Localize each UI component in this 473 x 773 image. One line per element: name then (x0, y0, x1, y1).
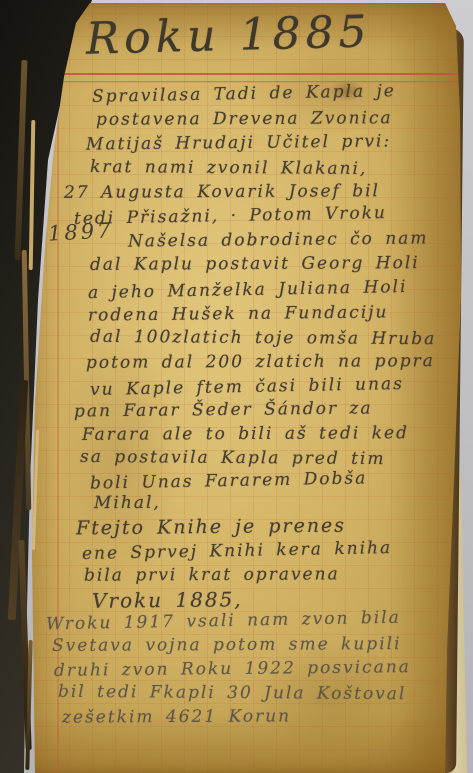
handwritten-line: bila prvi krat opravena (84, 564, 340, 585)
handwritten-line: sa postavila Kapla pred tim (80, 447, 386, 469)
handwritten-line: Farara ale to bili aš tedi ked (82, 423, 409, 445)
handwritten-line: Ftejto Knihe je prenes (76, 515, 346, 540)
handwritten-line: Spravilasa Tadi de Kapla je (92, 81, 396, 107)
handwritten-line: pan Farar Šeder Šándor za (74, 398, 373, 421)
handwritten-line: potom dal 200 zlatich na popra (86, 351, 435, 373)
handwritten-line: bil tedi Fkapli 30 Jula Koštoval (58, 682, 407, 704)
handwritten-line: zešetkim 4621 Korun (62, 706, 291, 727)
handwritten-line: 27 Augusta Kovarik Josef bil (64, 181, 380, 203)
handwritten-line: dal Kaplu postavit Georg Holi (90, 253, 420, 275)
handwritten-line: druhi zvon Roku 1922 posvicana (54, 657, 411, 681)
handwritten-line: boli Unas Fararem Dobša (90, 468, 368, 493)
notebook-page: Roku 1885 1897 Spravilasa Tadi de Kapla … (0, 0, 473, 773)
handwritten-line: Našelsa dobrodinec čo nam (128, 228, 429, 251)
handwritten-line: Svetava vojna potom sme kupili (52, 634, 402, 656)
photo-of-notebook-page: Roku 1885 1897 Spravilasa Tadi de Kapla … (0, 0, 473, 773)
handwritten-line: rodena Hušek na Fundaciju (88, 302, 389, 325)
handwritten-line: Mihal, (94, 493, 161, 513)
handwritten-line: Matijaš Hrudaji Učitel prvi: (86, 131, 391, 154)
handwritten-line: tedi Přisažni, · Potom Vroku (74, 203, 387, 229)
handwritten-line: a jeho Manželka Juliana Holi (88, 277, 408, 303)
handwritten-line: dal 100zlatich toje omša Hruba (90, 327, 436, 349)
page-title: Roku 1885 (85, 6, 372, 64)
handwritten-line: krat nami zvonil Klakani, (90, 157, 368, 179)
red-ruling-line (34, 73, 462, 82)
handwritten-line: Vroku 1885, (92, 587, 243, 613)
handwritten-line: postavena Drevena Zvonica (96, 108, 393, 130)
